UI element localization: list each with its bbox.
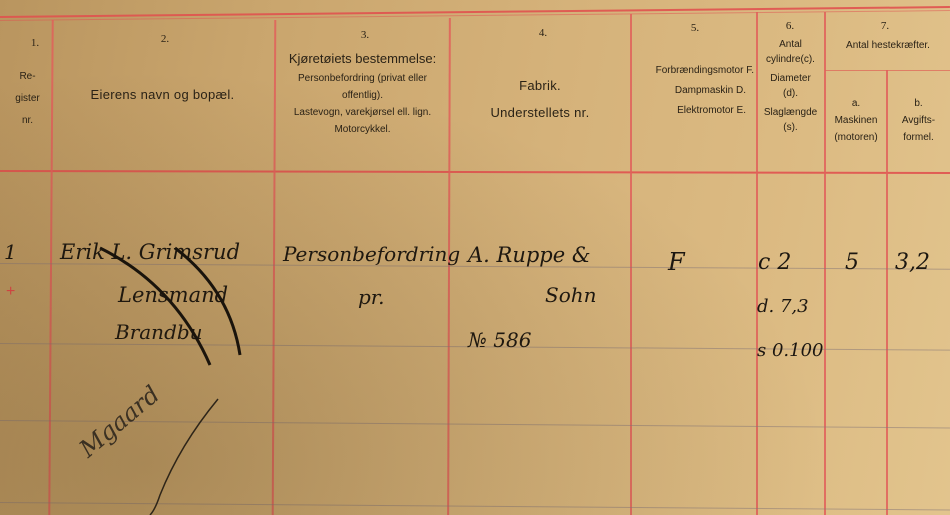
signature-flourish <box>140 395 220 515</box>
entry-stroke: s 0.100 <box>757 340 824 361</box>
cancellation-strokes <box>80 240 260 380</box>
header-purpose: Kjøretøiets bestemmelse: Personbefordrin… <box>275 51 450 138</box>
col-number-7: 7. <box>870 20 900 32</box>
header-engine-type: Forbrændingsmotor F. Dampmaskin D. Elekt… <box>632 61 756 121</box>
col-number-1: 1. <box>20 37 50 49</box>
entry-purpose-suffix: pr. <box>358 285 385 309</box>
entry-hp-machine: 5 <box>845 250 859 275</box>
col7-sub-rule <box>825 70 950 71</box>
col-number-5: 5. <box>680 22 710 34</box>
header-register-nr: Re- gister nr. <box>5 66 50 132</box>
col-number-2: 2. <box>150 33 180 45</box>
col-number-3: 3. <box>350 29 380 41</box>
col-divider-6 <box>824 12 826 515</box>
col-number-4: 4. <box>528 27 558 39</box>
header-cylinders: Antal cylindre(c). Diameter (d). Slaglæn… <box>757 37 824 135</box>
entry-chassis-nr: № 586 <box>468 328 531 352</box>
header-hp-machine: a. Maskinen (motoren) <box>826 95 886 146</box>
entry-cylinders: c 2 <box>758 250 791 275</box>
header-owner: Eierens navn og bopæl. <box>55 87 270 103</box>
entry-factory: A. Ruppe & <box>468 243 591 267</box>
entry-purpose: Personbefordring <box>283 242 460 266</box>
header-hp-tax-formula: b. Avgifts- formel. <box>887 95 950 146</box>
red-check-mark: + <box>6 283 15 301</box>
entry-engine-type: F <box>668 248 685 276</box>
entry-factory-cont: Sohn <box>545 283 597 307</box>
col-number-6: 6. <box>775 20 805 32</box>
entry-register-nr: 1 <box>4 240 17 264</box>
entry-diameter: d. 7,3 <box>757 296 809 317</box>
header-bottom-rule <box>0 170 950 173</box>
header-horsepower: Antal hestekræfter. <box>826 40 950 53</box>
entry-hp-tax-formula: 3,2 <box>895 250 930 275</box>
register-page: 1. 2. 3. 4. 5. 6. 7. Re- gister nr. Eier… <box>0 0 950 515</box>
header-factory: Fabrik. Understellets nr. <box>450 72 630 126</box>
